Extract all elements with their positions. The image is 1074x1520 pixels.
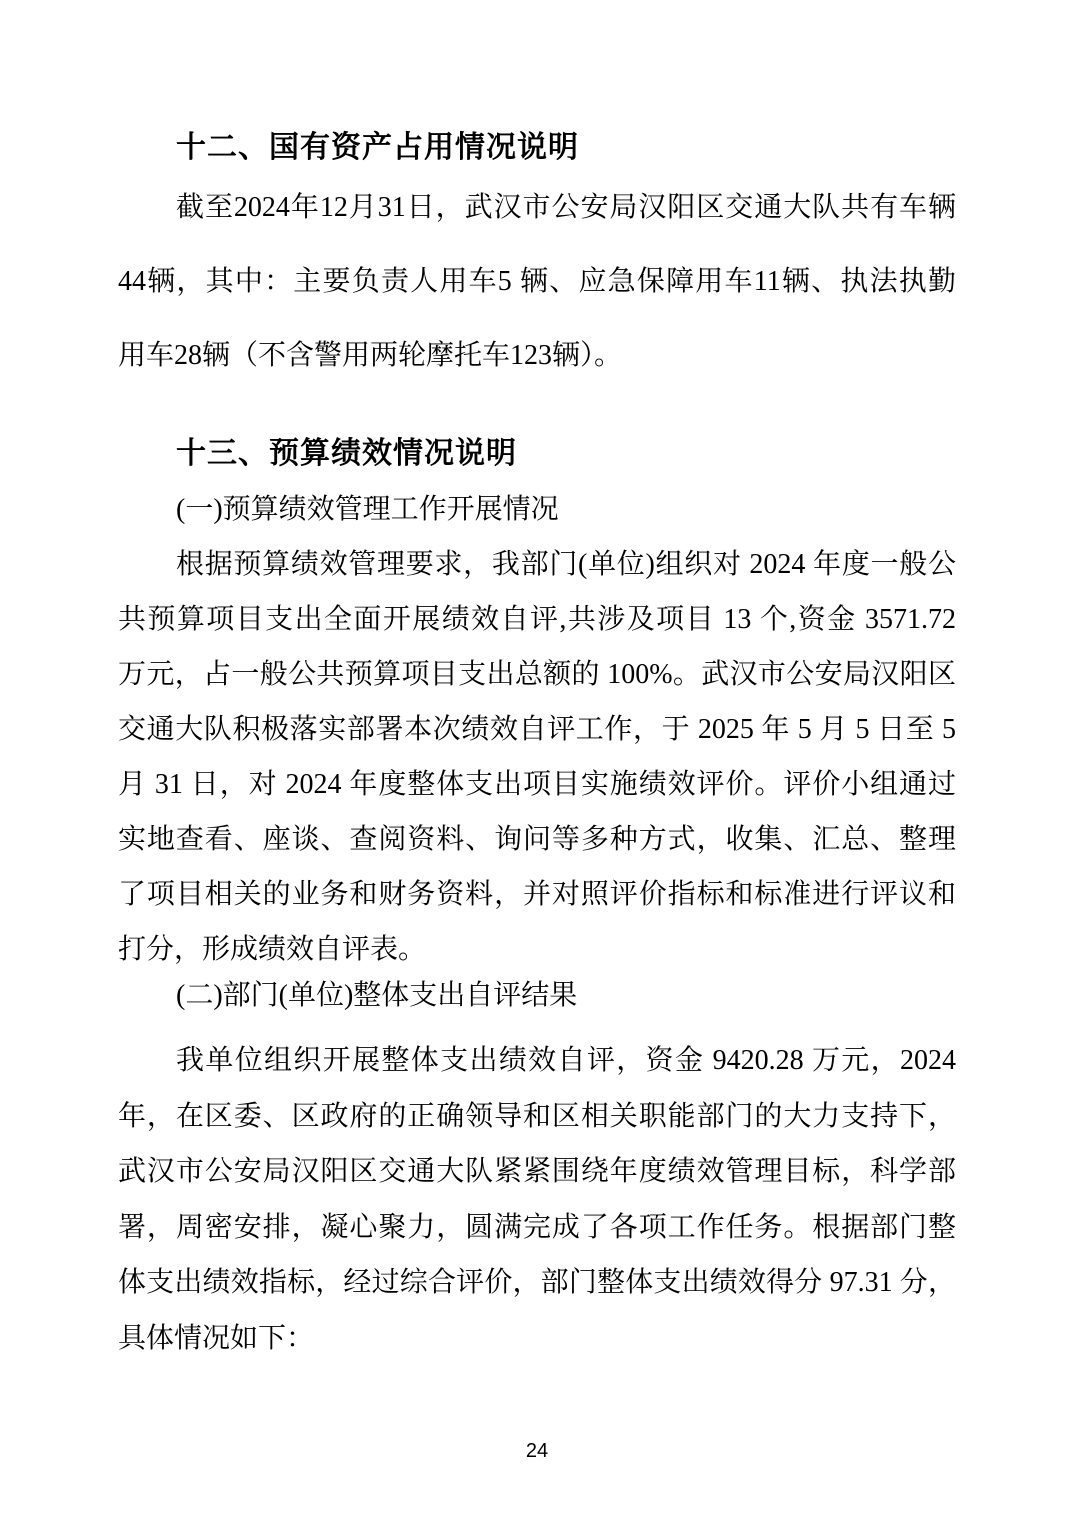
text-line: 了项目相关的业务和财务资料，并对照评价指标和标准进行评议和 bbox=[118, 867, 956, 922]
text-line: 用车28辆（不含警用两轮摩托车123辆）。 bbox=[118, 319, 956, 393]
subsection2-paragraph: 我单位组织开展整体支出绩效自评，资金 9420.28 万元，2024年，在区委、… bbox=[118, 1033, 956, 1366]
subsection1-paragraph: 根据预算绩效管理要求，我部门(单位)组织对 2024 年度一般公共预算项目支出全… bbox=[118, 537, 956, 977]
section12-paragraph: 截至2024年12月31日，武汉市公安局汉阳区交通大队共有车辆44辆，其中：主要… bbox=[118, 171, 956, 393]
text-line: 年，在区委、区政府的正确领导和区相关职能部门的大力支持下， bbox=[118, 1089, 956, 1145]
text-line: 具体情况如下： bbox=[118, 1311, 956, 1367]
text-line: 根据预算绩效管理要求，我部门(单位)组织对 2024 年度一般公 bbox=[118, 537, 956, 592]
text-line: 截至2024年12月31日，武汉市公安局汉阳区交通大队共有车辆 bbox=[118, 171, 956, 245]
document-page: 十二、国有资产占用情况说明 截至2024年12月31日，武汉市公安局汉阳区交通大… bbox=[0, 0, 1074, 1520]
section-heading-13: 十三、预算绩效情况说明 bbox=[176, 437, 517, 471]
text-line: 44辆，其中：主要负责人用车5 辆、应急保障用车11辆、执法执勤 bbox=[118, 245, 956, 319]
subsection-title-1: (一)预算绩效管理工作开展情况 bbox=[118, 482, 956, 537]
section-heading-12: 十二、国有资产占用情况说明 bbox=[176, 131, 579, 165]
text-line: 万元，占一般公共预算项目支出总额的 100%。武汉市公安局汉阳区 bbox=[118, 647, 956, 702]
text-line: 署，周密安排，凝心聚力，圆满完成了各项工作任务。根据部门整 bbox=[118, 1200, 956, 1256]
text-line: 武汉市公安局汉阳区交通大队紧紧围绕年度绩效管理目标，科学部 bbox=[118, 1144, 956, 1200]
subsection-title-2: (二)部门(单位)整体支出自评结果 bbox=[118, 968, 956, 1023]
page-number: 24 bbox=[0, 1441, 1074, 1461]
text-line: 体支出绩效指标，经过综合评价，部门整体支出绩效得分 97.31 分， bbox=[118, 1255, 956, 1311]
text-line: 共预算项目支出全面开展绩效自评,共涉及项目 13 个,资金 3571.72 bbox=[118, 592, 956, 647]
text-line: 月 31 日，对 2024 年度整体支出项目实施绩效评价。评价小组通过 bbox=[118, 757, 956, 812]
text-line: 实地查看、座谈、查阅资料、询问等多种方式，收集、汇总、整理 bbox=[118, 812, 956, 867]
text-line: 交通大队积极落实部署本次绩效自评工作，于 2025 年 5 月 5 日至 5 bbox=[118, 702, 956, 757]
text-line: 我单位组织开展整体支出绩效自评，资金 9420.28 万元，2024 bbox=[118, 1033, 956, 1089]
